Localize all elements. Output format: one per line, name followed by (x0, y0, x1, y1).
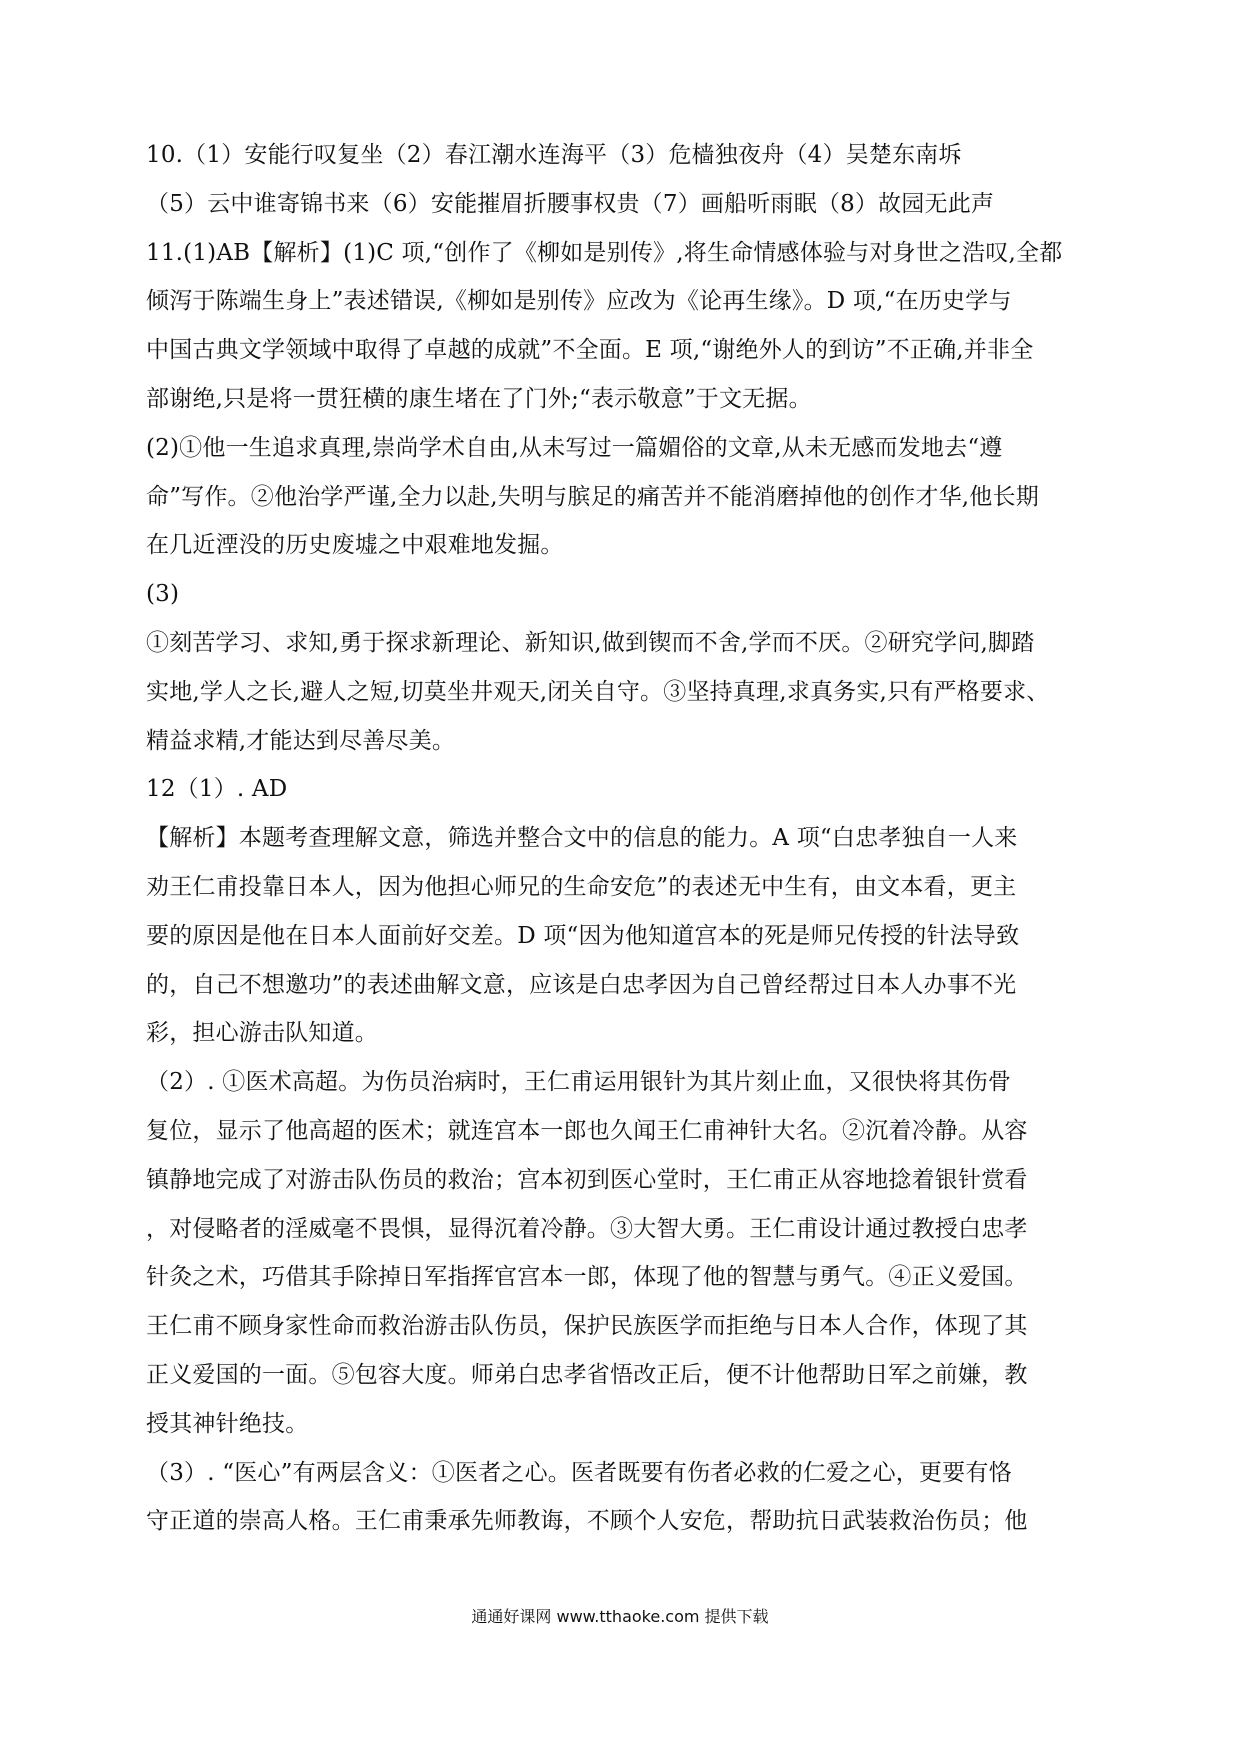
text-line-q12-1-line3: 要的原因是他在日本人面前好交差。D 项“因为他知道宫本的死是师兄传授的针法导致 (146, 921, 1019, 951)
text-line-q12-2-line4: ，对侵略者的淫威毫不畏惧，显得沉着冷静。③大智大勇。王仁甫设计通过教授白忠孝 (146, 1214, 1028, 1244)
text-line-q11-3-line1: ①刻苦学习、求知,勇于探求新理论、新知识,做到锲而不舍,学而不厌。②研究学问,脚… (146, 628, 1034, 658)
text-line-q11-1-line1: 11.(1)AB【解析】(1)C 项,“创作了《柳如是别传》,将生命情感体验与对… (146, 238, 1062, 268)
text-line-q11-1-line3: 中国古典文学领域中取得了卓越的成就”不全面。E 项,“谢绝外人的到访”不正确,并… (146, 335, 1033, 365)
text-line-q11-2-line1: (2)①他一生追求真理,崇尚学术自由,从未写过一篇媚俗的文章,从未无感而发地去“… (146, 433, 1002, 463)
text-line-q11-1-line2: 倾泻于陈端生身上”表述错误,《柳如是别传》应改为《论再生缘》。D 项,“在历史学… (146, 286, 1012, 316)
text-line-q12-2-line8: 授其神针绝技。 (146, 1409, 308, 1439)
text-line-q12-3-line2: 守正道的崇高人格。王仁甫秉承先师教诲，不顾个人安危，帮助抗日武装救治伤员；他 (146, 1506, 1028, 1536)
text-line-q11-3-line2: 实地,学人之长,避人之短,切莫坐井观天,闭关自守。③坚持真理,求真务实,只有严格… (146, 677, 1049, 707)
text-line-q12-3-line1: （3）. “医心”有两层含义：①医者之心。医者既要有伤者必救的仁爱之心，更要有恪 (146, 1458, 1012, 1488)
text-line-q11-3-label: (3) (146, 579, 179, 609)
text-line-q12-1-line5: 彩，担心游击队知道。 (146, 1018, 378, 1048)
text-line-q12-2-line1: （2）. ①医术高超。为伤员治病时，王仁甫运用银针为其片刻止血，又很快将其伤骨 (146, 1067, 1011, 1097)
text-line-q11-2-line2: 命”写作。②他治学严谨,全力以赴,失明与膑足的痛苦并不能消磨掉他的创作才华,他长… (146, 482, 1039, 512)
text-line-q11-3-line3: 精益求精,才能达到尽善尽美。 (146, 726, 455, 756)
text-line-q12-2-line6: 王仁甫不顾身家性命而救治游击队伤员，保护民族医学而拒绝与日本人合作，体现了其 (146, 1311, 1028, 1341)
text-line-q10-line1: 10.（1）安能行叹复坐（2）春江潮水连海平（3）危樯独夜舟（4）吴楚东南坼 (146, 140, 962, 170)
text-line-q11-1-line4: 部谢绝,只是将一贯狂横的康生堵在了门外;“表示敬意”于文无据。 (146, 384, 812, 414)
text-line-q10-line2: （5）云中谁寄锦书来（6）安能摧眉折腰事权贵（7）画船听雨眠（8）故园无此声 (146, 189, 994, 219)
text-line-q12-2-line2: 复位，显示了他高超的医术；就连宫本一郎也久闻王仁甫神针大名。②沉着冷静。从容 (146, 1116, 1028, 1146)
text-line-q12-1-answer: 12（1）. AD (146, 774, 287, 804)
document-page: 10.（1）安能行叹复坐（2）春江潮水连海平（3）危樯独夜舟（4）吴楚东南坼（5… (0, 0, 1240, 1754)
text-line-q12-1-line1: 【解析】本题考查理解文意，筛选并整合文中的信息的能力。A 项“白忠孝独自一人来 (146, 823, 1017, 853)
page-footer: 通通好课网 www.tthaoke.com 提供下载 (0, 1604, 1240, 1627)
text-line-q12-1-line4: 的，自己不想邀功”的表述曲解文意，应该是白忠孝因为自己曾经帮过日本人办事不光 (146, 970, 1016, 1000)
text-line-q12-2-line7: 正义爱国的一面。⑤包容大度。师弟白忠孝省悟改正后，便不计他帮助日军之前嫌，教 (146, 1360, 1028, 1390)
text-line-q12-2-line3: 镇静地完成了对游击队伤员的救治；宫本初到医心堂时，王仁甫正从容地捻着银针赏看 (146, 1165, 1028, 1195)
text-line-q11-2-line3: 在几近湮没的历史废墟之中艰难地发掘。 (146, 530, 564, 560)
text-line-q12-1-line2: 劝王仁甫投靠日本人，因为他担心师兄的生命安危”的表述无中生有，由文本看，更主 (146, 872, 1016, 902)
text-line-q12-2-line5: 针灸之术，巧借其手除掉日军指挥官宫本一郎，体现了他的智慧与勇气。④正义爱国。 (146, 1262, 1028, 1292)
